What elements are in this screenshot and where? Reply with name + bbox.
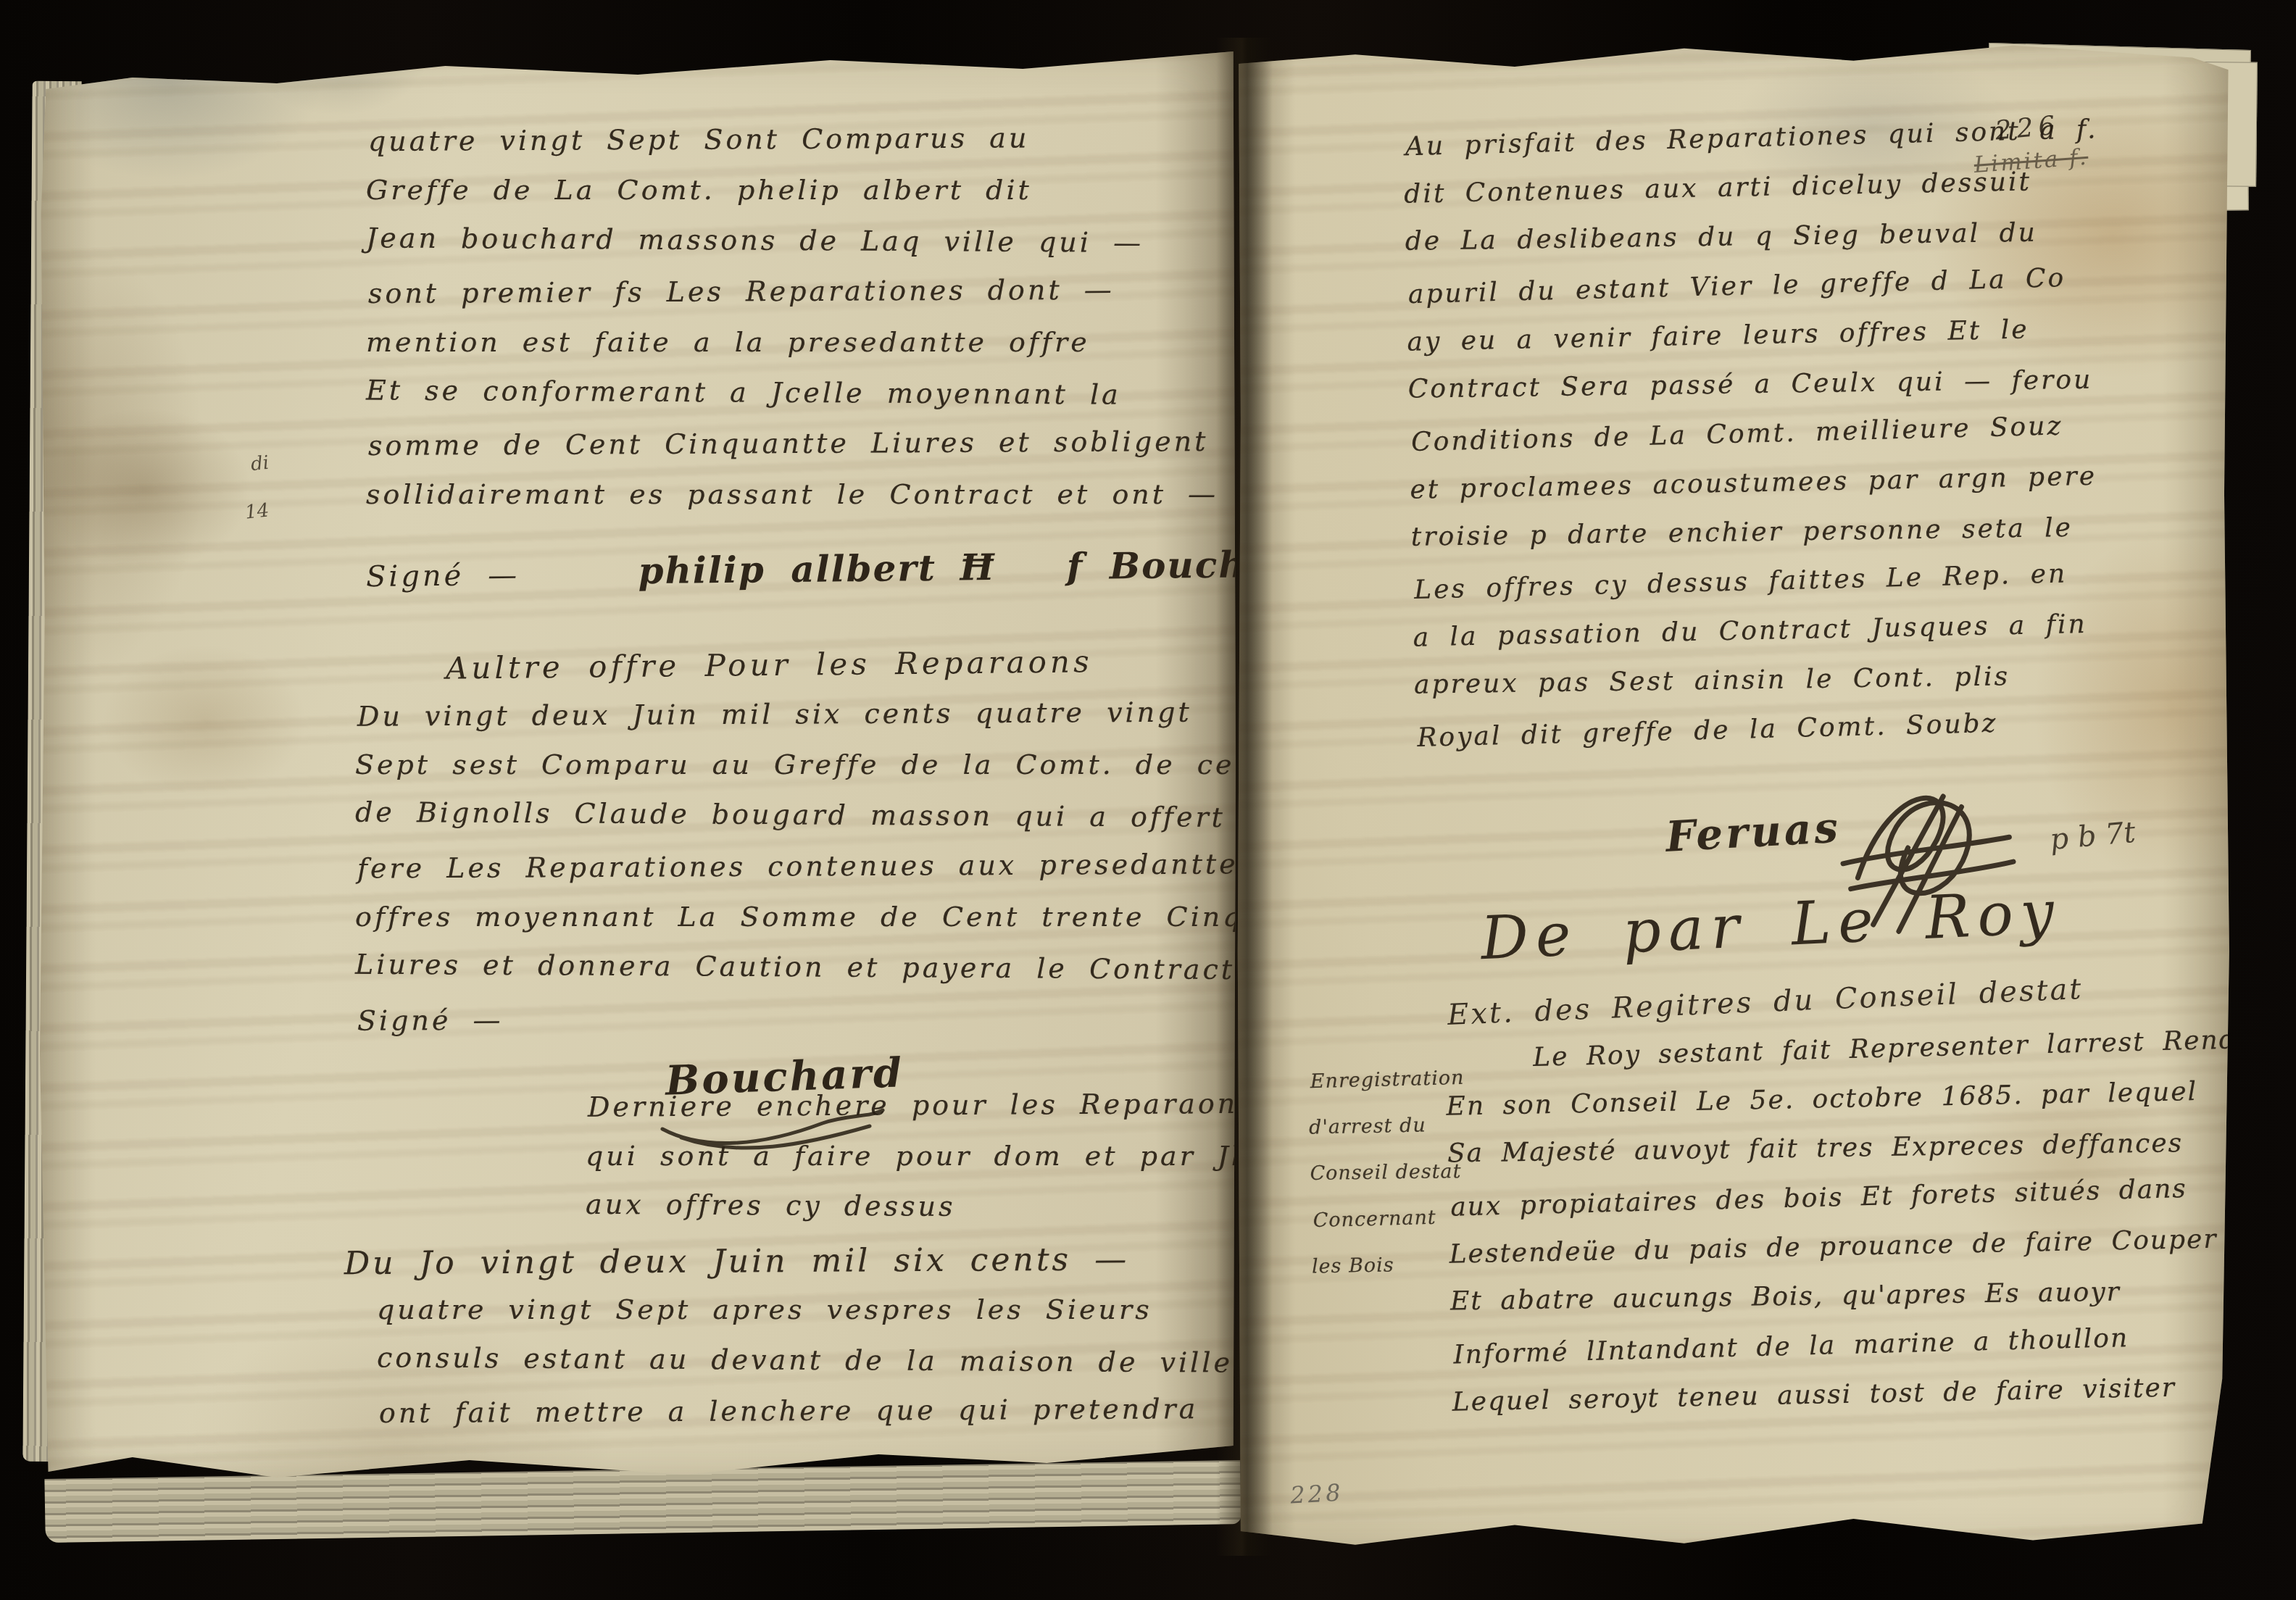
heading-de-par-le-roy: De par Le Roy [1479,878,2063,973]
manuscript-line: Liures et donnera Caution et payera le C… [355,949,1239,1006]
left-paragraph-3: Du Jo vingt deux Juin mil six cents —qua… [377,1243,1233,1446]
left-page: di 14 quatre vingt Sept Sont Comparus au… [36,40,1239,1489]
manuscript-line: qui sont a faire pour dom et par Jllé — [586,1140,1239,1191]
margin-mark: di [250,452,270,475]
manuscript-line: Du vingt deux Juin mil six cents quatre … [357,695,1239,751]
manuscript-line: fere Les Reparationes contenues aux pres… [357,847,1239,903]
right-paragraph-2: Le Roy sestant fait Representer larrest … [1445,1026,2232,1436]
margin-note-enregistration: Enregistrationd'arrest duConseil destatC… [1308,1067,1467,1301]
manuscript-line: Signé — [357,999,1239,1055]
manuscript-photo: di 14 quatre vingt Sept Sont Comparus au… [0,0,2296,1600]
manuscript-line: de Bignolls Claude bougard masson qui a … [355,796,1239,854]
manuscript-line: Sept sest Comparu au Greffe de la Comt. … [355,749,1239,799]
manuscript-line: Et se conformerant a Jcelle moyennant la [366,374,1218,430]
heading-extrait-registres: Ext. des Regitres du Conseil destat [1447,972,2084,1032]
manuscript-line: sont premier fs Les Reparationes dont — [368,273,1220,328]
manuscript-line: mention est faite a la presedantte offre [366,326,1218,377]
manuscript-line: Derniere enchere pour les Reparaons [588,1087,1239,1141]
manuscript-line: offres moyennant La Somme de Cent trente… [355,901,1239,951]
right-paragraph-1: Au prisfait des Reparationes qui sont a … [1403,117,2108,771]
right-page: 226 Limita f. Au prisfait des Reparation… [1236,36,2232,1562]
page-stack-bottom-edge [44,1460,1241,1543]
manuscript-line: sollidairemant es passant le Contract et… [366,478,1218,529]
margin-note-line: Conseil destat [1310,1160,1465,1209]
left-signature-line: Signé — philip allbert Ħ f Bouchardts [366,542,1239,595]
book-gutter-shadow [1216,38,1273,1556]
signature-philip-albert: philip allbert [638,546,936,592]
manuscript-line: Du Jo vingt deux Juin mil six cents — [344,1241,1235,1296]
signature-f-bouchard: f Bouchardts [1067,542,1239,588]
signature-greffier: Feruas [1664,803,1842,862]
left-paragraph-1: quatre vingt Sept Sont Comparus auGreffe… [366,123,1218,529]
manuscript-line: Greffe de La Comt. phelip albert dit [366,174,1218,225]
pencil-folio-number: 228 [1289,1479,1344,1509]
signature-suffix: p b 7t [2049,816,2137,857]
signed-label: Signé — [366,559,520,593]
notary-mark: Ħ [960,546,996,589]
manuscript-line: quatre vingt Sept apres vespres les Sieu… [377,1293,1233,1344]
left-heading-aultre-offre: Aultre offre Pour les Reparaons [446,643,1093,686]
margin-mark: 14 [244,499,270,523]
right-page-text-area: 226 Limita f. Au prisfait des Reparation… [1236,36,2232,1562]
margin-note-line: les Bois [1312,1252,1467,1301]
manuscript-line: somme de Cent Cinquantte Liures et sobli… [368,425,1220,480]
manuscript-line: aux offres cy dessus [586,1188,1239,1243]
margin-note-line: Enregistration [1310,1067,1465,1117]
manuscript-line: Jean bouchard massons de Laq ville qui — [366,222,1218,278]
margin-note-line: d'arrest du [1309,1113,1464,1162]
left-heading-derniere-enchere: Derniere enchere pour les Reparaonsqui s… [586,1089,1239,1241]
left-paragraph-2: Du vingt deux Juin mil six cents quatre … [355,698,1239,1053]
manuscript-line: quatre vingt Sept Sont Comparus au [368,121,1220,176]
margin-note-line: Concernant [1313,1206,1468,1256]
manuscript-line: ont fait mettre a lenchere que qui prete… [379,1393,1235,1448]
manuscript-line: consuls estant au devant de la maison de… [377,1341,1233,1397]
